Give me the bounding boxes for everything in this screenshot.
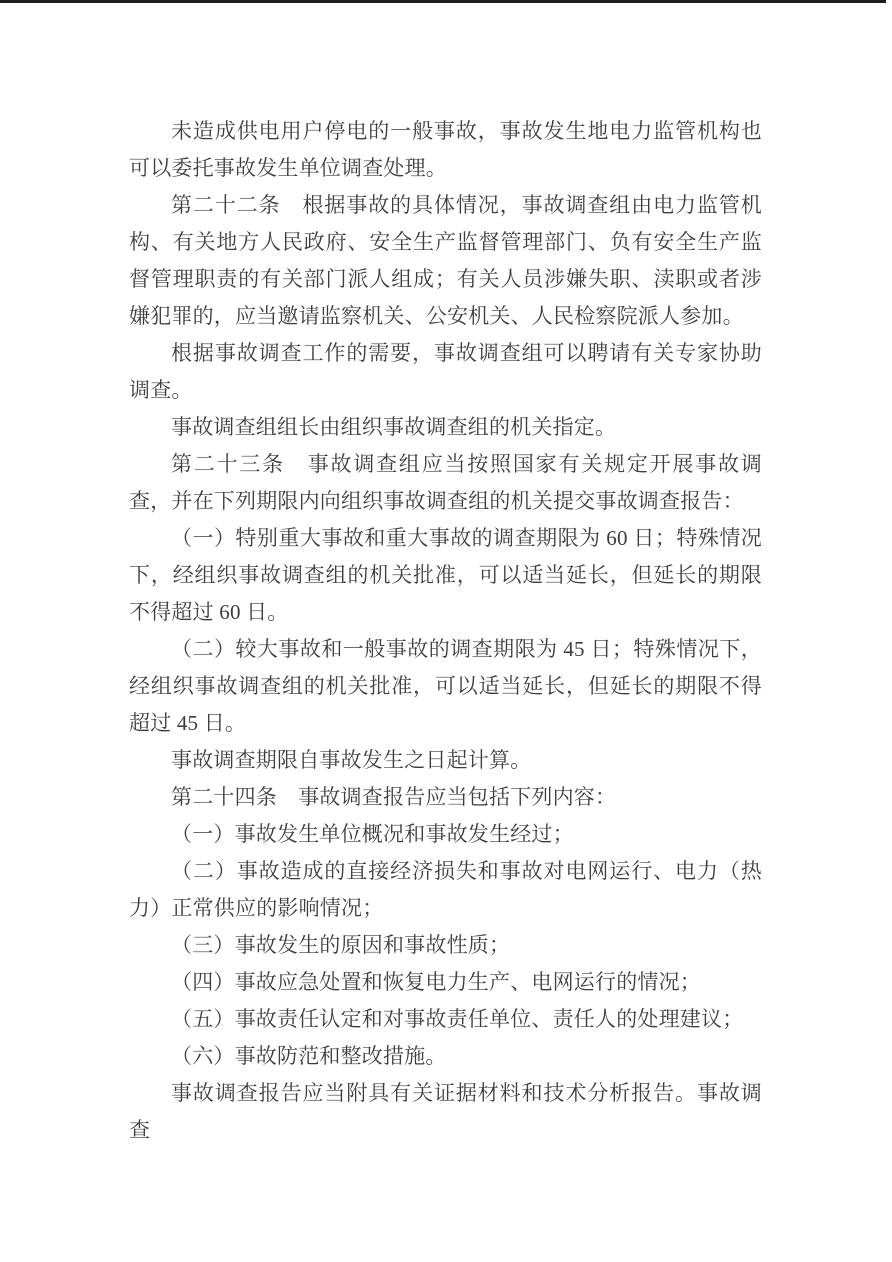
paragraph-report-item-4: （四）事故应急处置和恢复电力生产、电网运行的情况；: [129, 964, 762, 1001]
paragraph-article-24: 第二十四条 事故调查报告应当包括下列内容：: [129, 779, 762, 816]
paragraph-report-item-3: （三）事故发生的原因和事故性质；: [129, 927, 762, 964]
paragraph-article-22: 第二十二条 根据事故的具体情况，事故调查组由电力监管机构、有关地方人民政府、安全…: [129, 187, 762, 335]
paragraph-report-item-6: （六）事故防范和整改措施。: [129, 1038, 762, 1075]
paragraph-item-1-60-days: （一）特别重大事故和重大事故的调查期限为 60 日；特殊情况下，经组织事故调查组…: [129, 520, 762, 631]
scan-edge-line: [0, 0, 886, 3]
paragraph-article-23: 第二十三条 事故调查组应当按照国家有关规定开展事故调查，并在下列期限内向组织事故…: [129, 446, 762, 520]
paragraph-team-leader-designation: 事故调查组组长由组织事故调查组的机关指定。: [129, 409, 762, 446]
paragraph-general-accident-delegation: 未造成供电用户停电的一般事故，事故发生地电力监管机构也可以委托事故发生单位调查处…: [129, 113, 762, 187]
paragraph-expert-assistance: 根据事故调查工作的需要，事故调查组可以聘请有关专家协助调查。: [129, 335, 762, 409]
paragraph-period-calculation: 事故调查期限自事故发生之日起计算。: [129, 742, 762, 779]
paragraph-report-item-1: （一）事故发生单位概况和事故发生经过；: [129, 816, 762, 853]
paragraph-report-attachments: 事故调查报告应当附具有关证据材料和技术分析报告。事故调查: [129, 1075, 762, 1149]
document-body: 未造成供电用户停电的一般事故，事故发生地电力监管机构也可以委托事故发生单位调查处…: [129, 113, 762, 1149]
paragraph-item-2-45-days: （二）较大事故和一般事故的调查期限为 45 日；特殊情况下，经组织事故调查组的机…: [129, 631, 762, 742]
paragraph-report-item-2: （二）事故造成的直接经济损失和事故对电网运行、电力（热力）正常供应的影响情况；: [129, 853, 762, 927]
paragraph-report-item-5: （五）事故责任认定和对事故责任单位、责任人的处理建议；: [129, 1001, 762, 1038]
document-page: 未造成供电用户停电的一般事故，事故发生地电力监管机构也可以委托事故发生单位调查处…: [0, 0, 892, 1262]
